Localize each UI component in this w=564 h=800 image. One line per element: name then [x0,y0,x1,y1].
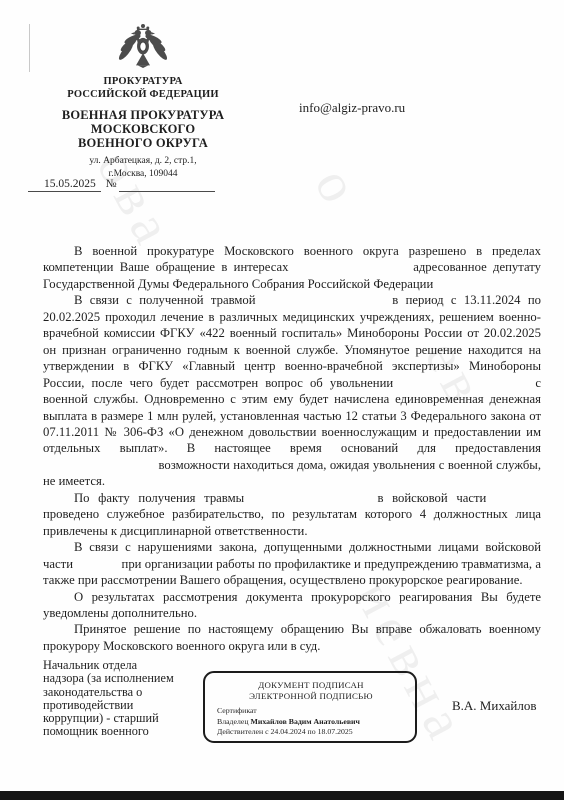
unit-name-line1: ВОЕННАЯ ПРОКУРАТУРА [48,108,238,122]
unit-name-line3: ВОЕННОГО ОКРУГА [48,136,238,150]
paragraph: О результатах рассмотрения документа про… [43,589,541,622]
number-sign: № [106,178,117,190]
stamp-title-line2: ЭЛЕКТРОННОЙ ПОДПИСЬЮ [217,691,405,702]
stamp-owner-line: Владелец Михайлов Вадим Анатольевич [217,717,405,728]
redaction-gap [495,501,541,502]
signer-position: Начальник отдела надзора (за исполнением… [43,659,201,739]
stamp-validity: Действителен с 24.04.2024 по 18.07.2025 [217,727,405,738]
date-number-line: 15.05.2025 № [28,178,215,192]
address-line1: ул. Арбатецкая, д. 2, стр.1, [48,156,238,168]
russian-coat-of-arms-icon [115,22,171,72]
org-name-line1: ПРОКУРАТУРА [48,76,238,89]
unit-name-line2: МОСКОВСКОГО [48,122,238,136]
redaction-gap [263,303,385,304]
redaction-gap [295,270,407,271]
signer-name: В.А. Михайлов [452,698,552,714]
signer-position-line: помощник военного [43,725,201,738]
electronic-signature-stamp: ДОКУМЕНТ ПОДПИСАН ЭЛЕКТРОННОЙ ПОДПИСЬЮ С… [203,671,417,743]
signer-position-line: коррупции) - старший [43,712,201,725]
paragraph: В связи с полученной травмой в период с … [43,292,541,489]
stamp-owner-name: Михайлов Вадим Анатольевич [250,717,359,726]
paragraph: По факту получения травмы в войсковой ча… [43,490,541,539]
document-date: 15.05.2025 [28,178,101,192]
redaction-gap [253,501,369,502]
signer-position-line: противодействии [43,699,201,712]
stamp-certificate-label: Сертификат [217,706,405,717]
email-address: info@algiz-pravo.ru [299,100,405,116]
signer-position-line: надзора (за исполнением [43,672,201,685]
redaction-gap [76,567,118,568]
scan-bottom-edge [0,791,564,800]
signer-position-line: Начальник отдела [43,659,201,672]
body-paragraphs: В военной прокуратуре Московского военно… [43,243,541,654]
watermark-fragment: о [301,158,374,220]
scan-edge-mark [29,24,30,72]
number-blank-line [119,179,215,192]
stamp-owner-label: Владелец [217,717,249,726]
paragraph: В военной прокуратуре Московского военно… [43,243,541,292]
redaction-gap [43,468,155,469]
redaction-gap [400,386,528,387]
stamp-title-line1: ДОКУМЕНТ ПОДПИСАН [217,680,405,691]
letterhead: ПРОКУРАТУРА РОССИЙСКОЙ ФЕДЕРАЦИИ ВОЕННАЯ… [48,22,238,180]
document-page: оваоевиевна [0,0,564,800]
org-name-line2: РОССИЙСКОЙ ФЕДЕРАЦИИ [48,89,238,102]
paragraph: В связи с нарушениями закона, допущенным… [43,539,541,588]
signer-position-line: законодательства о [43,686,201,699]
paragraph: Принятое решение по настоящему обращению… [43,621,541,654]
